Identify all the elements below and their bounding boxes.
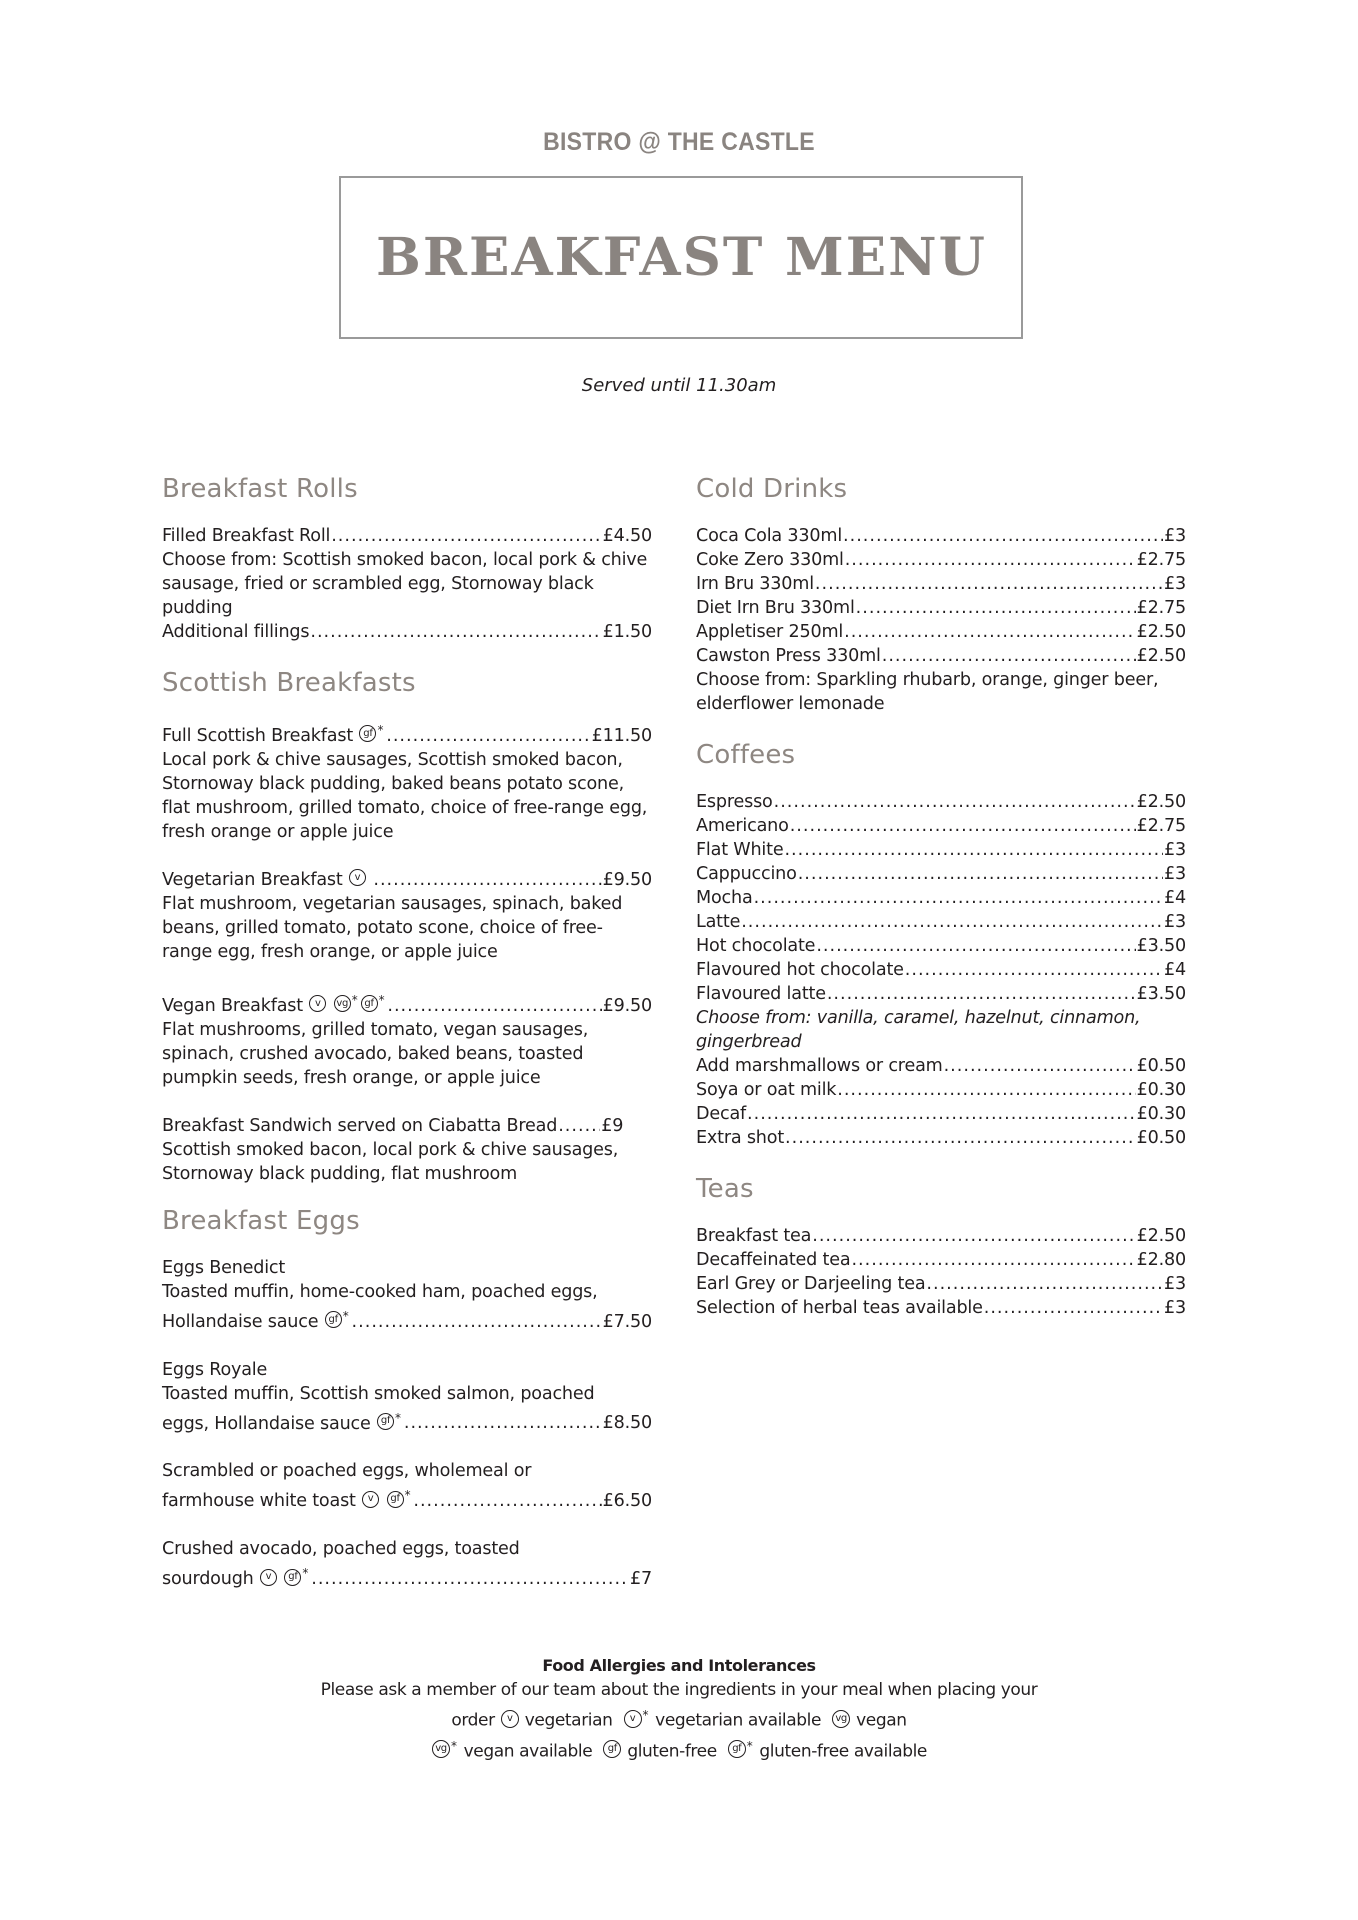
menu-item: Latte£3 <box>696 910 1186 934</box>
menu-item: Additional fillings £1.50 <box>162 620 652 644</box>
menu-item: Eggs Benedict Toasted muffin, home-cooke… <box>162 1256 652 1334</box>
footer-title: Food Allergies and Intolerances <box>0 1653 1358 1678</box>
item-price: £9.50 <box>603 868 652 892</box>
item-description: Crushed avocado, poached eggs, toasted <box>162 1537 652 1561</box>
footer-legend-line-1: order v vegetarian v* vegetarian availab… <box>0 1703 1358 1734</box>
section-breakfast-rolls: Breakfast Rolls Filled Breakfast Roll £4… <box>162 472 652 644</box>
menu-item: Soya or oat milk £0.30 <box>696 1078 1186 1102</box>
item-price: £3 <box>1164 862 1186 886</box>
item-price: £3.50 <box>1137 982 1186 1006</box>
item-price: £3.50 <box>1137 934 1186 958</box>
gluten-free-badge-icon: gf <box>325 1311 342 1328</box>
item-note: Choose from: Sparkling rhubarb, orange, … <box>696 668 1186 716</box>
vegan-available-badge-icon: vg <box>432 1740 450 1758</box>
item-name: Vegan Breakfast v vg*gf* <box>162 988 386 1018</box>
gluten-free-badge-icon: gf <box>387 1491 404 1508</box>
item-price: £0.50 <box>1137 1126 1186 1150</box>
item-name: Hot chocolate <box>696 934 815 958</box>
item-name: Flavoured latte <box>696 982 826 1006</box>
item-description: Local pork & chive sausages, Scottish sm… <box>162 748 652 844</box>
menu-item: Hot chocolate£3.50 <box>696 934 1186 958</box>
item-name: Add marshmallows or cream <box>696 1054 943 1078</box>
menu-item: Breakfast Sandwich served on Ciabatta Br… <box>162 1114 652 1186</box>
dot-leader <box>815 572 1163 596</box>
menu-item: Flavoured latte£3.50 <box>696 982 1186 1006</box>
menu-item: Decaffeinated tea £2.80 <box>696 1248 1186 1272</box>
item-name: Breakfast tea <box>696 1224 811 1248</box>
item-price: £2.75 <box>1137 596 1186 620</box>
item-description-end: Hollandaise sauce gf* <box>162 1304 351 1334</box>
dot-leader <box>387 994 601 1018</box>
section-scottish-breakfasts: Scottish Breakfasts Full Scottish Breakf… <box>162 666 652 1186</box>
item-name: Espresso <box>696 790 773 814</box>
dot-leader <box>984 1296 1163 1320</box>
item-price: £3 <box>1164 1296 1186 1320</box>
item-name: Eggs Royale <box>162 1358 652 1382</box>
dot-leader <box>827 982 1136 1006</box>
menu-item: Appletiser 250ml£2.50 <box>696 620 1186 644</box>
item-price: £4.50 <box>603 524 652 548</box>
item-description: Scottish smoked bacon, local pork & chiv… <box>162 1138 652 1186</box>
dot-leader <box>352 1310 602 1334</box>
item-price: £2.50 <box>1137 644 1186 668</box>
dot-leader <box>386 724 590 748</box>
item-name: Filled Breakfast Roll <box>162 524 330 548</box>
item-description-end: sourdough v gf* <box>162 1561 310 1591</box>
dot-leader <box>844 620 1136 644</box>
left-column: Breakfast Rolls Filled Breakfast Roll £4… <box>162 472 652 1613</box>
dot-leader <box>926 1272 1163 1296</box>
menu-item: Irn Bru 330ml £3 <box>696 572 1186 596</box>
dot-leader <box>837 1078 1135 1102</box>
item-price: £4 <box>1164 958 1186 982</box>
item-description: Toasted muffin, Scottish smoked salmon, … <box>162 1382 652 1406</box>
vegetarian-badge-icon: v <box>309 995 326 1012</box>
item-price: £3 <box>1164 838 1186 862</box>
item-price: £3 <box>1164 1272 1186 1296</box>
vegan-badge-icon: vg <box>832 1710 850 1728</box>
section-title: Scottish Breakfasts <box>162 666 652 700</box>
item-price: £9.50 <box>603 994 652 1018</box>
dot-leader <box>851 1248 1135 1272</box>
menu-item: Decaf£0.30 <box>696 1102 1186 1126</box>
menu-item: Mocha £4 <box>696 886 1186 910</box>
item-name: Breakfast Sandwich served on Ciabatta Br… <box>162 1114 557 1138</box>
footer-text: Please ask a member of our team about th… <box>0 1678 1358 1703</box>
section-title: Breakfast Rolls <box>162 472 652 506</box>
item-name: Flat White <box>696 838 783 862</box>
item-name: Decaffeinated tea <box>696 1248 850 1272</box>
item-name: Full Scottish Breakfast gf* <box>162 718 385 748</box>
dot-leader <box>754 886 1163 910</box>
dot-leader <box>404 1411 602 1435</box>
dot-leader <box>790 814 1136 838</box>
dot-leader <box>843 524 1163 548</box>
section-title: Breakfast Eggs <box>162 1204 652 1238</box>
item-name: Selection of herbal teas available <box>696 1296 983 1320</box>
item-note: Choose from: vanilla, caramel, hazelnut,… <box>696 1006 1186 1054</box>
item-name: Vegetarian Breakfast v <box>162 868 372 892</box>
item-price: £2.75 <box>1137 814 1186 838</box>
item-price: £3 <box>1164 572 1186 596</box>
item-name: Decaf <box>696 1102 746 1126</box>
item-price: £2.50 <box>1137 1224 1186 1248</box>
section-cold-drinks: Cold Drinks Coca Cola 330ml £3Coke Zero … <box>696 472 1186 716</box>
item-description: Flat mushrooms, grilled tomato, vegan sa… <box>162 1018 652 1090</box>
section-title: Coffees <box>696 738 1186 772</box>
vegetarian-badge-icon: v <box>501 1710 519 1728</box>
item-description: Scrambled or poached eggs, wholemeal or <box>162 1459 652 1483</box>
dot-leader <box>845 548 1136 572</box>
dot-leader <box>816 934 1135 958</box>
item-name: Earl Grey or Darjeeling tea <box>696 1272 925 1296</box>
item-price: £1.50 <box>603 620 652 644</box>
menu-item: Vegetarian Breakfast v £9.50 Flat mushro… <box>162 868 652 964</box>
item-name: Coca Cola 330ml <box>696 524 842 548</box>
menu-item: Add marshmallows or cream £0.50 <box>696 1054 1186 1078</box>
item-name: Flavoured hot chocolate <box>696 958 904 982</box>
section-title: Cold Drinks <box>696 472 1186 506</box>
item-price: £2.50 <box>1137 790 1186 814</box>
gluten-free-badge-icon: gf <box>284 1569 301 1586</box>
gluten-free-badge-icon: gf <box>359 725 376 742</box>
dot-leader <box>905 958 1163 982</box>
item-price: £7.50 <box>603 1310 652 1334</box>
item-price: £6.50 <box>603 1489 652 1513</box>
dot-leader <box>311 1567 629 1591</box>
dot-leader <box>784 838 1163 862</box>
item-name: Cawston Press 330ml <box>696 644 881 668</box>
item-price: £9 <box>601 1114 623 1138</box>
item-name: Americano <box>696 814 789 838</box>
item-name: Latte <box>696 910 740 934</box>
vegetarian-badge-icon: v <box>362 1491 379 1508</box>
dot-leader <box>558 1114 600 1138</box>
item-name: Mocha <box>696 886 753 910</box>
menu-item: Flavoured hot chocolate£4 <box>696 958 1186 982</box>
vegan-badge-icon: vg <box>334 995 351 1012</box>
item-name: Appletiser 250ml <box>696 620 843 644</box>
section-breakfast-eggs: Breakfast Eggs Eggs Benedict Toasted muf… <box>162 1204 652 1591</box>
item-price: £0.50 <box>1137 1054 1186 1078</box>
item-price: £2.75 <box>1137 548 1186 572</box>
item-name: Eggs Benedict <box>162 1256 652 1280</box>
item-name: Extra shot <box>696 1126 784 1150</box>
dot-leader <box>812 1224 1135 1248</box>
item-price: £2.50 <box>1137 620 1186 644</box>
menu-item: Cawston Press 330ml £2.50 <box>696 644 1186 668</box>
dot-leader <box>944 1054 1136 1078</box>
item-name: Soya or oat milk <box>696 1078 836 1102</box>
item-price: £0.30 <box>1137 1102 1186 1126</box>
dot-leader <box>856 596 1136 620</box>
item-description-end: farmhouse white toast v gf* <box>162 1483 412 1513</box>
item-description-end: eggs, Hollandaise sauce gf* <box>162 1406 403 1436</box>
item-price: £7 <box>630 1567 652 1591</box>
item-name: Cappuccino <box>696 862 797 886</box>
menu-item: Breakfast tea £2.50 <box>696 1224 1186 1248</box>
item-description: Toasted muffin, home-cooked ham, poached… <box>162 1280 652 1304</box>
dot-leader <box>373 868 601 892</box>
allergy-footer: Food Allergies and Intolerances Please a… <box>0 1653 1358 1764</box>
item-name: Additional fillings <box>162 620 309 644</box>
section-title: Teas <box>696 1172 1186 1206</box>
footer-legend-line-2: vg* vegan available gf gluten-free gf* g… <box>0 1734 1358 1765</box>
item-price: £8.50 <box>603 1411 652 1435</box>
menu-item: Selection of herbal teas available £3 <box>696 1296 1186 1320</box>
menu-item: Crushed avocado, poached eggs, toasted s… <box>162 1537 652 1591</box>
menu-item: Vegan Breakfast v vg*gf* £9.50 Flat mush… <box>162 988 652 1090</box>
item-price: £4 <box>1164 886 1186 910</box>
menu-item: Filled Breakfast Roll £4.50 <box>162 524 652 548</box>
item-description: Choose from: Scottish smoked bacon, loca… <box>162 548 652 620</box>
menu-item: Americano £2.75 <box>696 814 1186 838</box>
menu-item: Diet Irn Bru 330ml£2.75 <box>696 596 1186 620</box>
title-box: BREAKFAST MENU <box>339 176 1023 339</box>
menu-item: Flat White£3 <box>696 838 1186 862</box>
item-price: £2.80 <box>1137 1248 1186 1272</box>
item-name: Diet Irn Bru 330ml <box>696 596 855 620</box>
item-price: £0.30 <box>1137 1078 1186 1102</box>
menu-item: Coke Zero 330ml£2.75 <box>696 548 1186 572</box>
menu-item: Scrambled or poached eggs, wholemeal or … <box>162 1459 652 1513</box>
item-name: Coke Zero 330ml <box>696 548 844 572</box>
menu-item: Extra shot £0.50 <box>696 1126 1186 1150</box>
gluten-free-badge-icon: gf <box>361 995 378 1012</box>
dot-leader <box>774 790 1136 814</box>
dot-leader <box>747 1102 1136 1126</box>
menu-title: BREAKFAST MENU <box>376 227 987 288</box>
menu-item: Espresso £2.50 <box>696 790 1186 814</box>
item-description: Flat mushroom, vegetarian sausages, spin… <box>162 892 652 964</box>
item-price: £11.50 <box>592 724 652 748</box>
item-price: £3 <box>1164 524 1186 548</box>
venue-name: BISTRO @ THE CASTLE <box>54 128 1303 157</box>
item-name: Irn Bru 330ml <box>696 572 814 596</box>
served-until: Served until 11.30am <box>0 375 1358 396</box>
right-column: Cold Drinks Coca Cola 330ml £3Coke Zero … <box>696 472 1186 1342</box>
dot-leader <box>785 1126 1136 1150</box>
vegetarian-available-badge-icon: v <box>624 1710 642 1728</box>
dot-leader <box>798 862 1163 886</box>
item-price: £3 <box>1164 910 1186 934</box>
dot-leader <box>331 524 601 548</box>
section-coffees: Coffees Espresso £2.50Americano £2.75Fla… <box>696 738 1186 1150</box>
menu-item: Eggs Royale Toasted muffin, Scottish smo… <box>162 1358 652 1436</box>
menu-item: Full Scottish Breakfast gf* £11.50 Local… <box>162 718 652 844</box>
gluten-free-badge-icon: gf <box>377 1413 394 1430</box>
dot-leader <box>882 644 1136 668</box>
menu-item: Earl Grey or Darjeeling tea £3 <box>696 1272 1186 1296</box>
menu-item: Cappuccino £3 <box>696 862 1186 886</box>
menu-item: Coca Cola 330ml £3 <box>696 524 1186 548</box>
section-teas: Teas Breakfast tea £2.50Decaffeinated te… <box>696 1172 1186 1320</box>
dot-leader <box>413 1489 601 1513</box>
vegetarian-badge-icon: v <box>349 869 366 886</box>
gluten-free-badge-icon: gf <box>603 1740 621 1758</box>
dot-leader <box>310 620 601 644</box>
dot-leader <box>741 910 1163 934</box>
gluten-free-available-badge-icon: gf <box>728 1740 746 1758</box>
vegetarian-badge-icon: v <box>260 1569 277 1586</box>
